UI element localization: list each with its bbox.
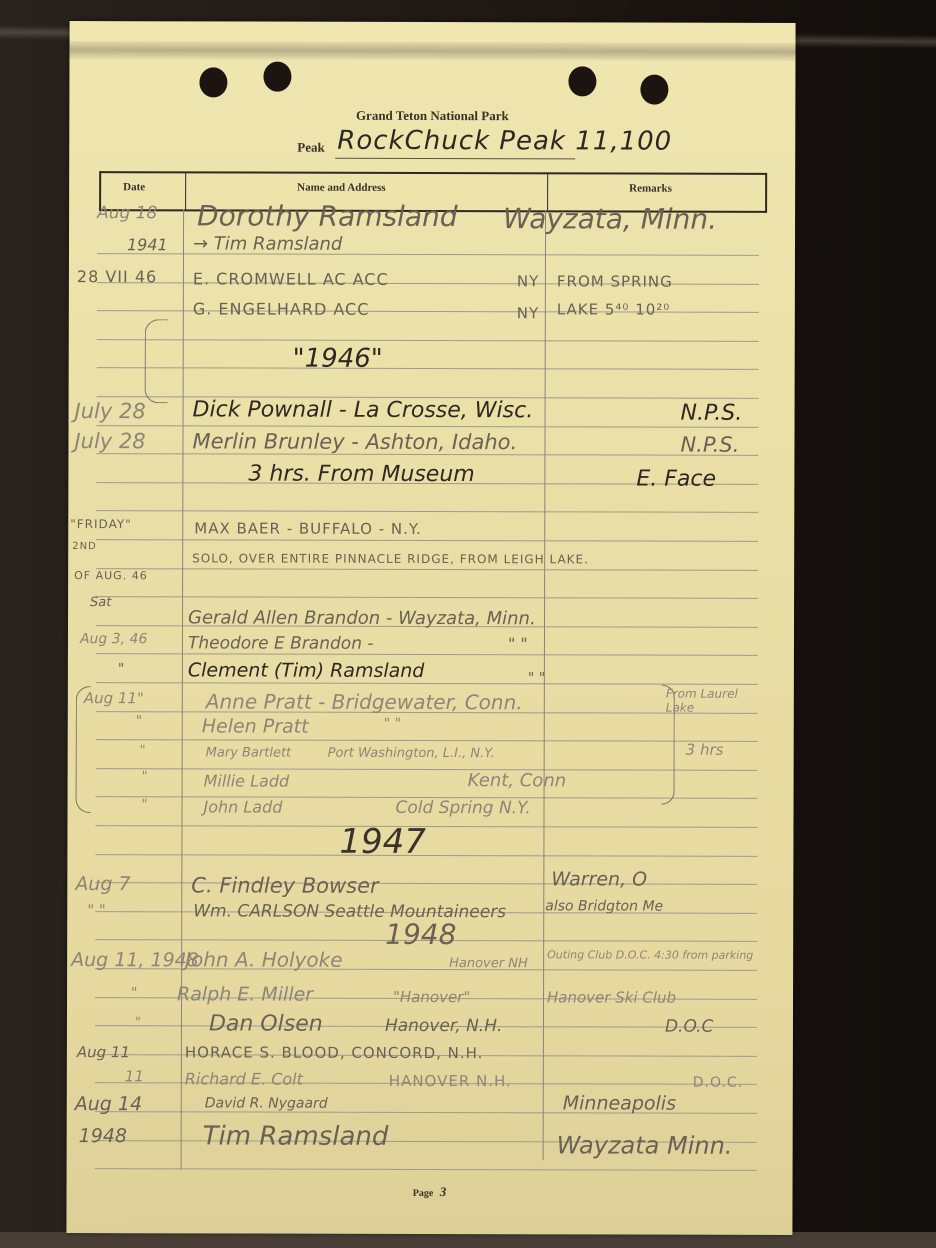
arrow-curve	[145, 319, 168, 403]
entry-name: John Ladd	[204, 797, 283, 816]
entry-name: Richard E. Colt	[185, 1069, 303, 1088]
entry-remarks: From Laurel Lake	[666, 687, 758, 715]
punch-hole	[263, 62, 291, 92]
entry-remarks: N.P.S.	[681, 401, 743, 426]
entry-date: Aug 18	[97, 203, 157, 223]
peak-underline	[335, 158, 575, 160]
park-title: Grand Teton National Park	[69, 107, 795, 125]
entry-address: NY	[517, 272, 539, 290]
punch-hole	[568, 66, 596, 96]
entry-date: Aug 7	[75, 873, 130, 895]
ruled-line	[95, 1168, 757, 1171]
entry-remarks: LAKE 5⁴⁰ 10²⁰	[557, 300, 671, 318]
entry-date: 1941	[127, 235, 168, 254]
entry-name: Dick Pownall - La Crosse, Wisc.	[193, 397, 534, 423]
entry-name: → Tim Ramsland	[193, 233, 342, 254]
entry-date: 11	[125, 1067, 144, 1085]
entry-name: Tim Ramsland	[203, 1121, 389, 1151]
frame-edge	[0, 1232, 936, 1248]
entry-date: July 28	[75, 399, 146, 423]
entry-date: "	[131, 985, 137, 1001]
entry-address: " "	[384, 716, 401, 732]
punch-hole	[640, 75, 668, 105]
entry-name: Mary Bartlett	[206, 745, 292, 760]
header-divider	[185, 173, 186, 209]
entry-address: Wayzata, Minn.	[503, 202, 717, 236]
page-number: 3	[440, 1184, 447, 1199]
entry-date: "	[118, 661, 124, 677]
entry-date: "FRIDAY"	[70, 517, 132, 531]
ruled-line	[97, 425, 759, 428]
entry-date: Aug 14	[75, 1093, 142, 1115]
entry-address: Hanover, N.H.	[385, 1016, 503, 1036]
year-marker: 1948	[385, 918, 456, 951]
entry-remarks: D.O.C.	[693, 1075, 743, 1091]
header-date: Date	[123, 181, 145, 193]
ruled-line	[96, 653, 758, 656]
entry-date: OF AUG. 46	[74, 569, 148, 582]
entry-address: Cold Spring N.Y.	[396, 798, 531, 818]
entry-remarks: Minneapolis	[563, 1092, 676, 1114]
entry-date: Aug 3, 46	[80, 631, 147, 647]
year-marker: "1946"	[293, 344, 383, 374]
entry-date: "	[142, 797, 148, 812]
ruled-line	[97, 339, 759, 342]
entry-name: Gerald Allen Brandon - Wayzata, Minn.	[188, 607, 536, 629]
entry-name: Anne Pratt - Bridgewater, Conn.	[206, 689, 523, 714]
header-name-address: Name and Address	[297, 182, 385, 194]
entry-date: 28 VII 46	[77, 267, 157, 286]
register-page: Grand Teton National Park Peak RockChuck…	[66, 21, 795, 1235]
entry-name: Millie Ladd	[204, 771, 290, 790]
entry-address: " "	[508, 634, 528, 653]
entry-date: 2ND	[72, 541, 97, 552]
entry-address: " "	[528, 670, 545, 686]
entry-remarks: also Bridgton Me	[545, 898, 663, 914]
entry-date: "	[142, 769, 148, 784]
ruled-line	[96, 768, 758, 771]
entry-name: SOLO, OVER ENTIRE PINNACLE RIDGE, FROM L…	[192, 551, 589, 566]
ruled-line	[96, 596, 758, 599]
ruled-line	[97, 367, 759, 370]
tape-band	[69, 41, 795, 61]
entry-remarks: 3 hrs	[686, 741, 724, 759]
entry-name: John A. Holyoke	[185, 947, 342, 971]
ruled-line	[96, 568, 758, 571]
entry-remarks: D.O.C	[665, 1017, 714, 1037]
entry-date: " "	[87, 901, 106, 919]
entry-address: "Hanover"	[393, 988, 470, 1006]
entry-date: Aug 11"	[84, 689, 144, 707]
entry-date: July 28	[74, 429, 145, 453]
entry-name: Wm. CARLSON Seattle Mountaineers	[193, 901, 506, 922]
page-footer: Page 3	[67, 1183, 793, 1201]
entry-remarks: Hanover Ski Club	[547, 988, 676, 1006]
entry-name: Ralph E. Miller	[177, 983, 313, 1005]
entry-name: HORACE S. BLOOD, CONCORD, N.H.	[185, 1043, 484, 1062]
ruled-line	[96, 739, 758, 742]
entry-date: Aug 11, 1948	[71, 949, 199, 971]
entry-name: G. ENGELHARD ACC	[193, 299, 370, 318]
entry-date: "	[136, 713, 142, 729]
entry-name: Dorothy Ramsland	[197, 199, 458, 233]
ruled-line	[96, 510, 758, 513]
entry-name: Dan Olsen	[209, 1011, 323, 1036]
ruled-line	[96, 682, 758, 685]
entry-address: Port Washington, L.I., N.Y.	[328, 746, 495, 761]
entry-address: Hanover NH	[449, 956, 528, 971]
entry-date: "	[140, 743, 146, 758]
entry-name: MAX BAER - BUFFALO - N.Y.	[194, 519, 422, 538]
punch-hole	[199, 67, 227, 97]
entry-date: Aug 11	[77, 1043, 130, 1061]
entry-date: 1948	[79, 1125, 127, 1147]
entry-remarks: Wayzata Minn.	[557, 1128, 737, 1162]
entry-name: C. Findley Bowser	[191, 873, 378, 897]
entry-remarks: Outing Club D.O.C. 4:30 from parking	[547, 948, 767, 963]
peak-value: RockChuck Peak 11,100	[337, 126, 672, 157]
entry-name: Theodore E Brandon -	[188, 633, 374, 653]
entry-name: 3 hrs. From Museum	[248, 462, 474, 488]
peak-label: Peak	[297, 140, 324, 156]
entry-date: Sat	[90, 595, 111, 610]
entry-remarks: Warren, O	[551, 868, 647, 890]
entry-remarks: E. Face	[636, 467, 716, 492]
entry-remarks: FROM SPRING	[557, 272, 673, 290]
page-label: Page	[413, 1188, 434, 1199]
entry-address: Kent, Conn	[468, 770, 567, 791]
year-marker: 1947	[339, 822, 426, 862]
entry-name: Clement (Tim) Ramsland	[188, 659, 425, 682]
entry-name: Helen Pratt	[202, 715, 309, 737]
entry-address: HANOVER N.H.	[389, 1072, 512, 1090]
entry-name: David R. Nygaard	[205, 1095, 328, 1111]
header-remarks: Remarks	[629, 183, 672, 195]
entry-name: Merlin Brunley - Ashton, Idaho.	[192, 429, 517, 454]
ruled-line	[96, 539, 758, 542]
entry-date: "	[135, 1015, 141, 1030]
entry-name: E. CROMWELL AC ACC	[193, 269, 389, 289]
entry-address: NY	[517, 304, 539, 322]
entry-remarks: N.P.S.	[680, 433, 739, 457]
